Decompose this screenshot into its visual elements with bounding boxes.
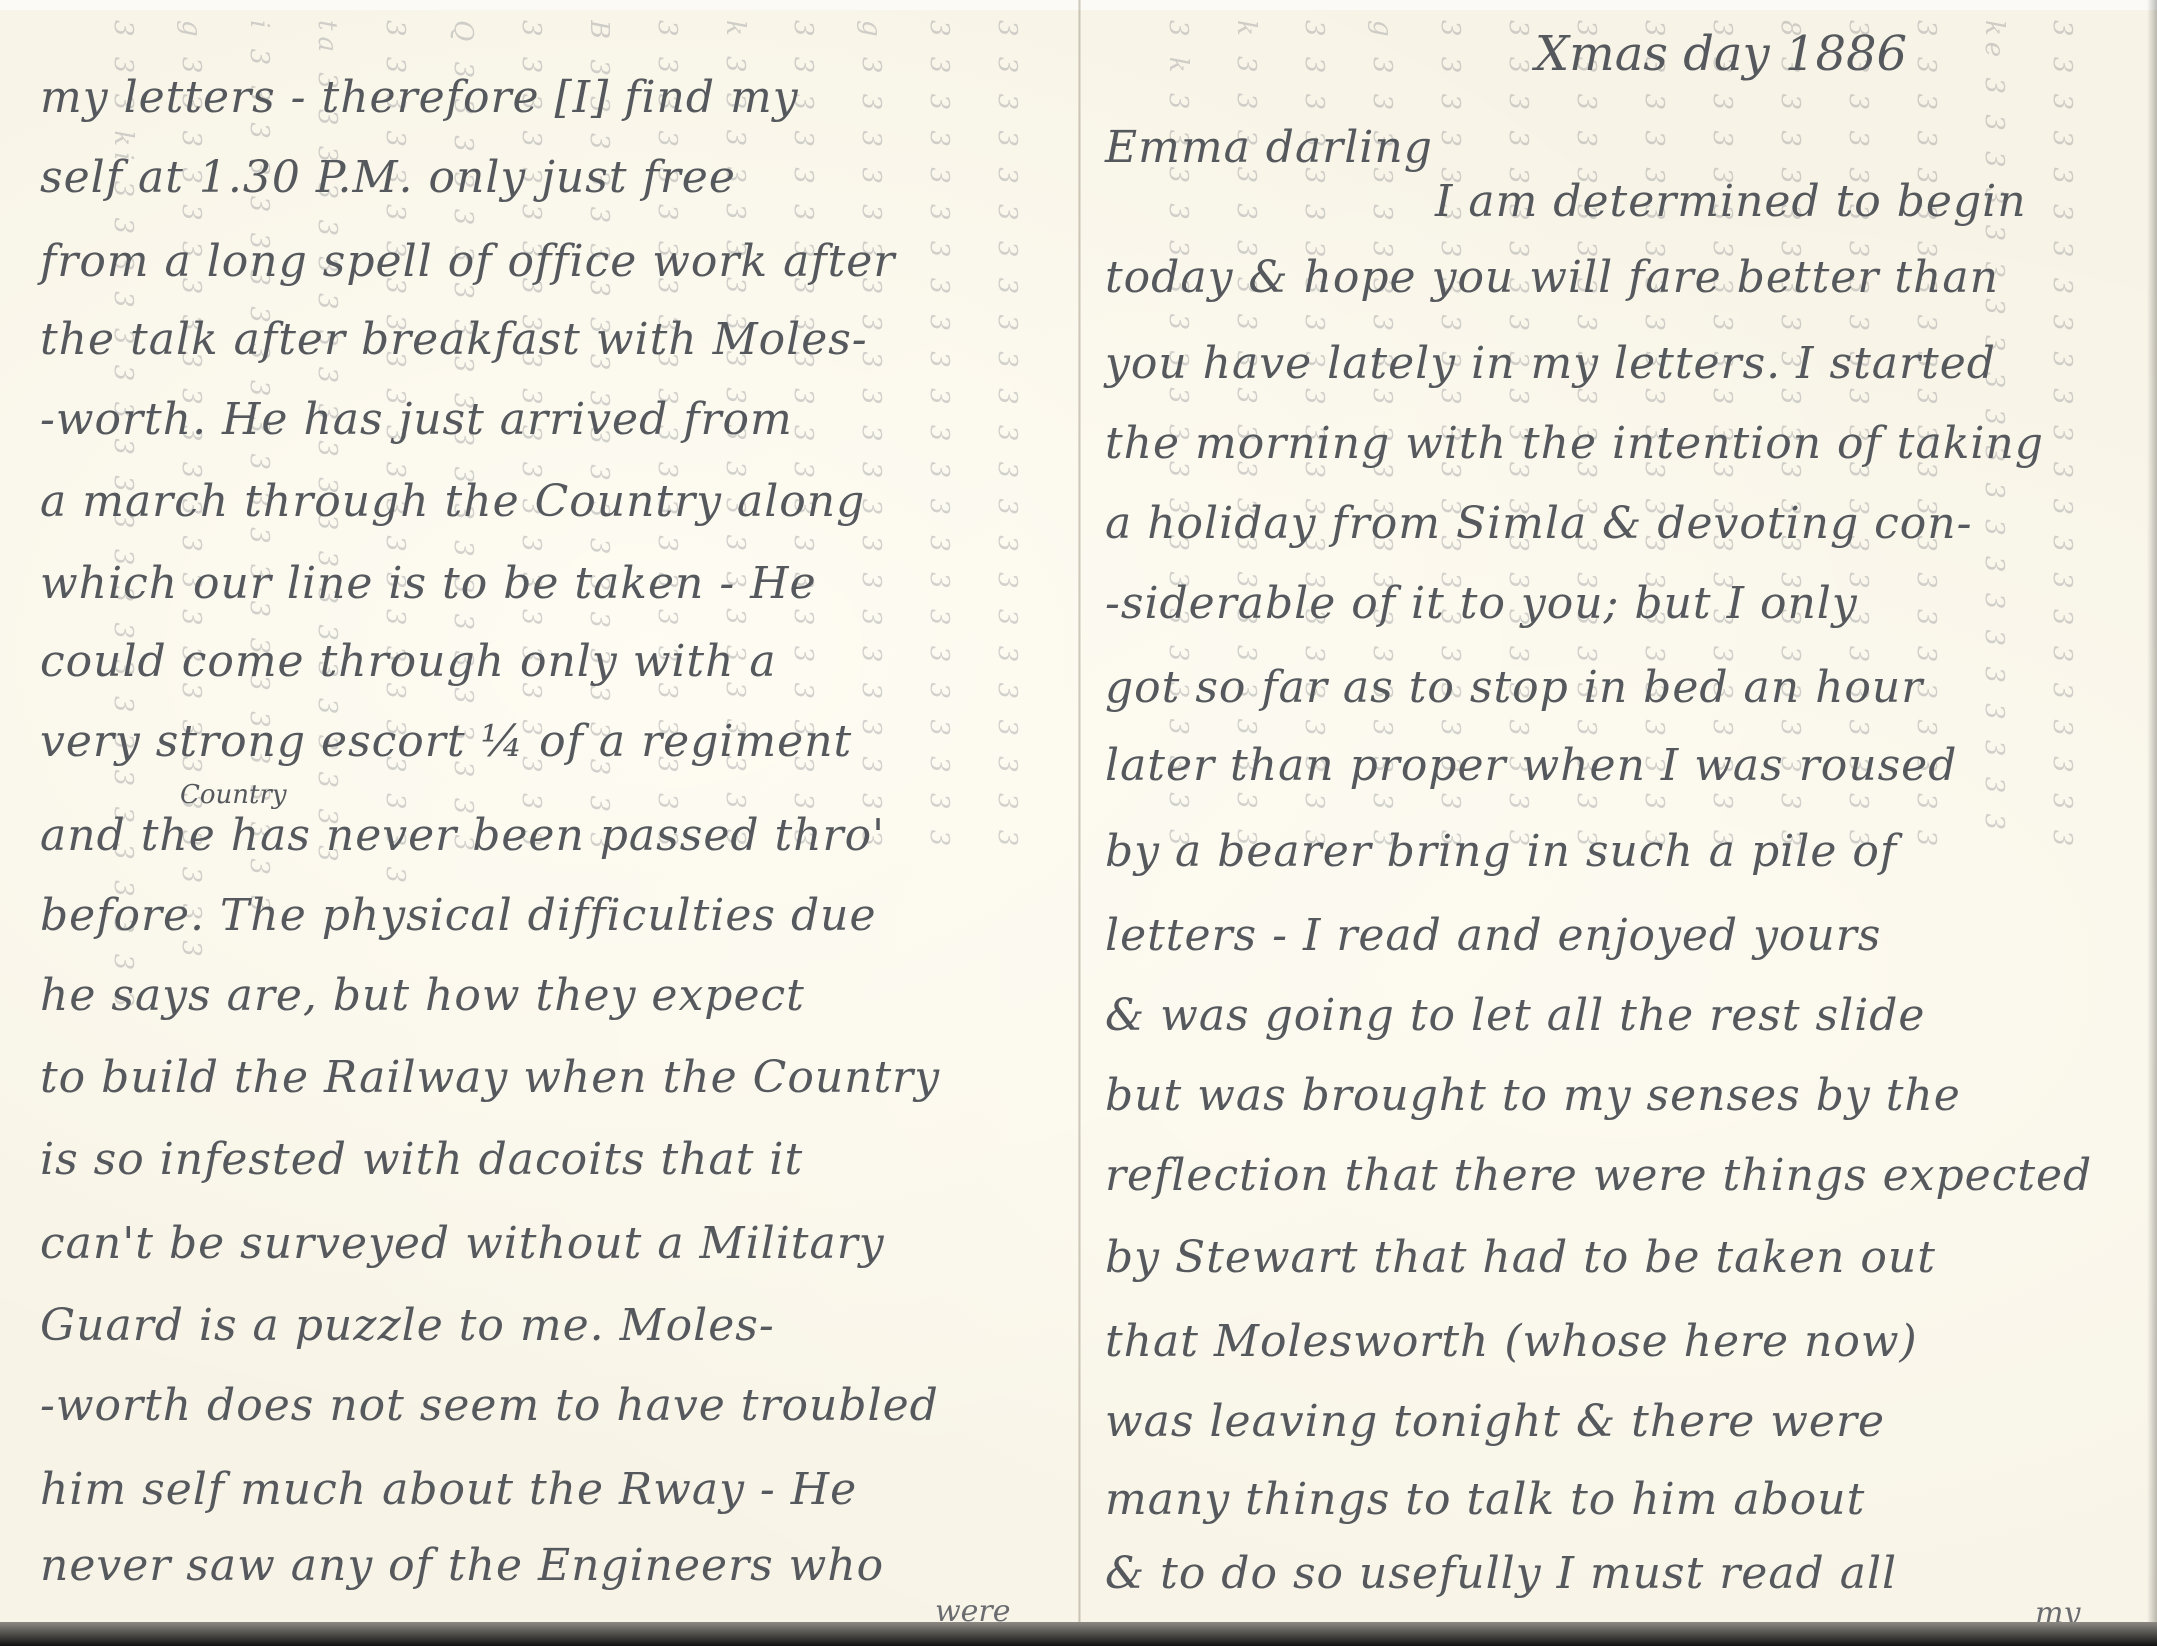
right-line-12: but was brought to my senses by the <box>1105 1070 1961 1121</box>
right-line-8: later than proper when I was roused <box>1105 740 1957 791</box>
left-line-3: from a long spell of office work after <box>40 236 895 287</box>
left-line-13: to build the Railway when the Country <box>40 1052 940 1103</box>
right-line-16: was leaving tonight & there were <box>1105 1396 1885 1447</box>
left-line-12: he says are, but how they expect <box>40 970 805 1021</box>
left-line-16: Guard is a puzzle to me. Moles- <box>40 1300 775 1351</box>
left-line-15: can't be surveyed without a Military <box>40 1218 885 1269</box>
right-line-7: got so far as to stop in bed an hour <box>1105 662 1923 713</box>
left-line-17: -worth does not seem to have troubled <box>40 1380 939 1431</box>
left-line-4: the talk after breakfast with Moles- <box>40 314 868 365</box>
left-insert-word: Country <box>180 780 287 810</box>
left-line-10: and the has never been passed thro' <box>40 810 885 861</box>
left-line-7: which our line is to be taken - He <box>40 558 817 609</box>
left-line-9: very strong escort ¼ of a regiment <box>40 716 852 767</box>
left-line-5: -worth. He has just arrived from <box>40 394 793 445</box>
right-line-15: that Molesworth (whose here now) <box>1105 1316 1918 1367</box>
salutation: Emma darling <box>1105 122 1433 173</box>
left-line-11: before. The physical difficulties due <box>40 890 877 941</box>
left-line-1: my letters - therefore [I] find my <box>40 72 799 123</box>
right-line-4: the morning with the intention of taking <box>1105 418 2044 469</box>
scan-right-edge <box>2147 0 2157 1625</box>
right-line-6: -siderable of it to you; but I only <box>1105 578 1858 629</box>
right-line-11: & was going to let all the rest slide <box>1105 990 1925 1041</box>
right-line-9: by a bearer bring in such a pile of <box>1105 826 1897 877</box>
left-line-8: could come through only with a <box>40 636 777 687</box>
right-line-17: many things to talk to him about <box>1105 1474 1865 1525</box>
left-page: my letters - therefore [I] find my self … <box>40 0 1060 1620</box>
right-line-1: I am determined to begin <box>1435 176 2027 227</box>
right-line-13: reflection that there were things expect… <box>1105 1150 2092 1201</box>
right-line-5: a holiday from Simla & devoting con- <box>1105 498 1972 549</box>
left-line-6: a march through the Country along <box>40 476 865 527</box>
right-line-3: you have lately in my letters. I started <box>1105 338 1996 389</box>
right-line-14: by Stewart that had to be taken out <box>1105 1232 1936 1283</box>
right-line-2: today & hope you will fare better than <box>1105 252 1999 303</box>
scan-bottom-edge <box>0 1622 2157 1646</box>
left-line-14: is so infested with dacoits that it <box>40 1134 803 1185</box>
left-line-19: never saw any of the Engineers who <box>40 1540 884 1591</box>
right-page: Xmas day 1886 Emma darling I am determin… <box>1105 0 2145 1620</box>
right-line-10: letters - I read and enjoyed yours <box>1105 910 1881 961</box>
letter-date: Xmas day 1886 <box>1535 26 1907 82</box>
left-line-2: self at 1.30 P.M. only just free <box>40 152 736 203</box>
letter-sheet: 3 3 3 ki 3 3 3 3 3 3 3 3 3 3 3 3 3 3 3 3… <box>0 0 2157 1625</box>
left-line-18: him self much about the Rway - He <box>40 1464 857 1515</box>
right-line-18: & to do so usefully I must read all <box>1105 1548 1897 1599</box>
center-fold <box>1078 0 1081 1625</box>
